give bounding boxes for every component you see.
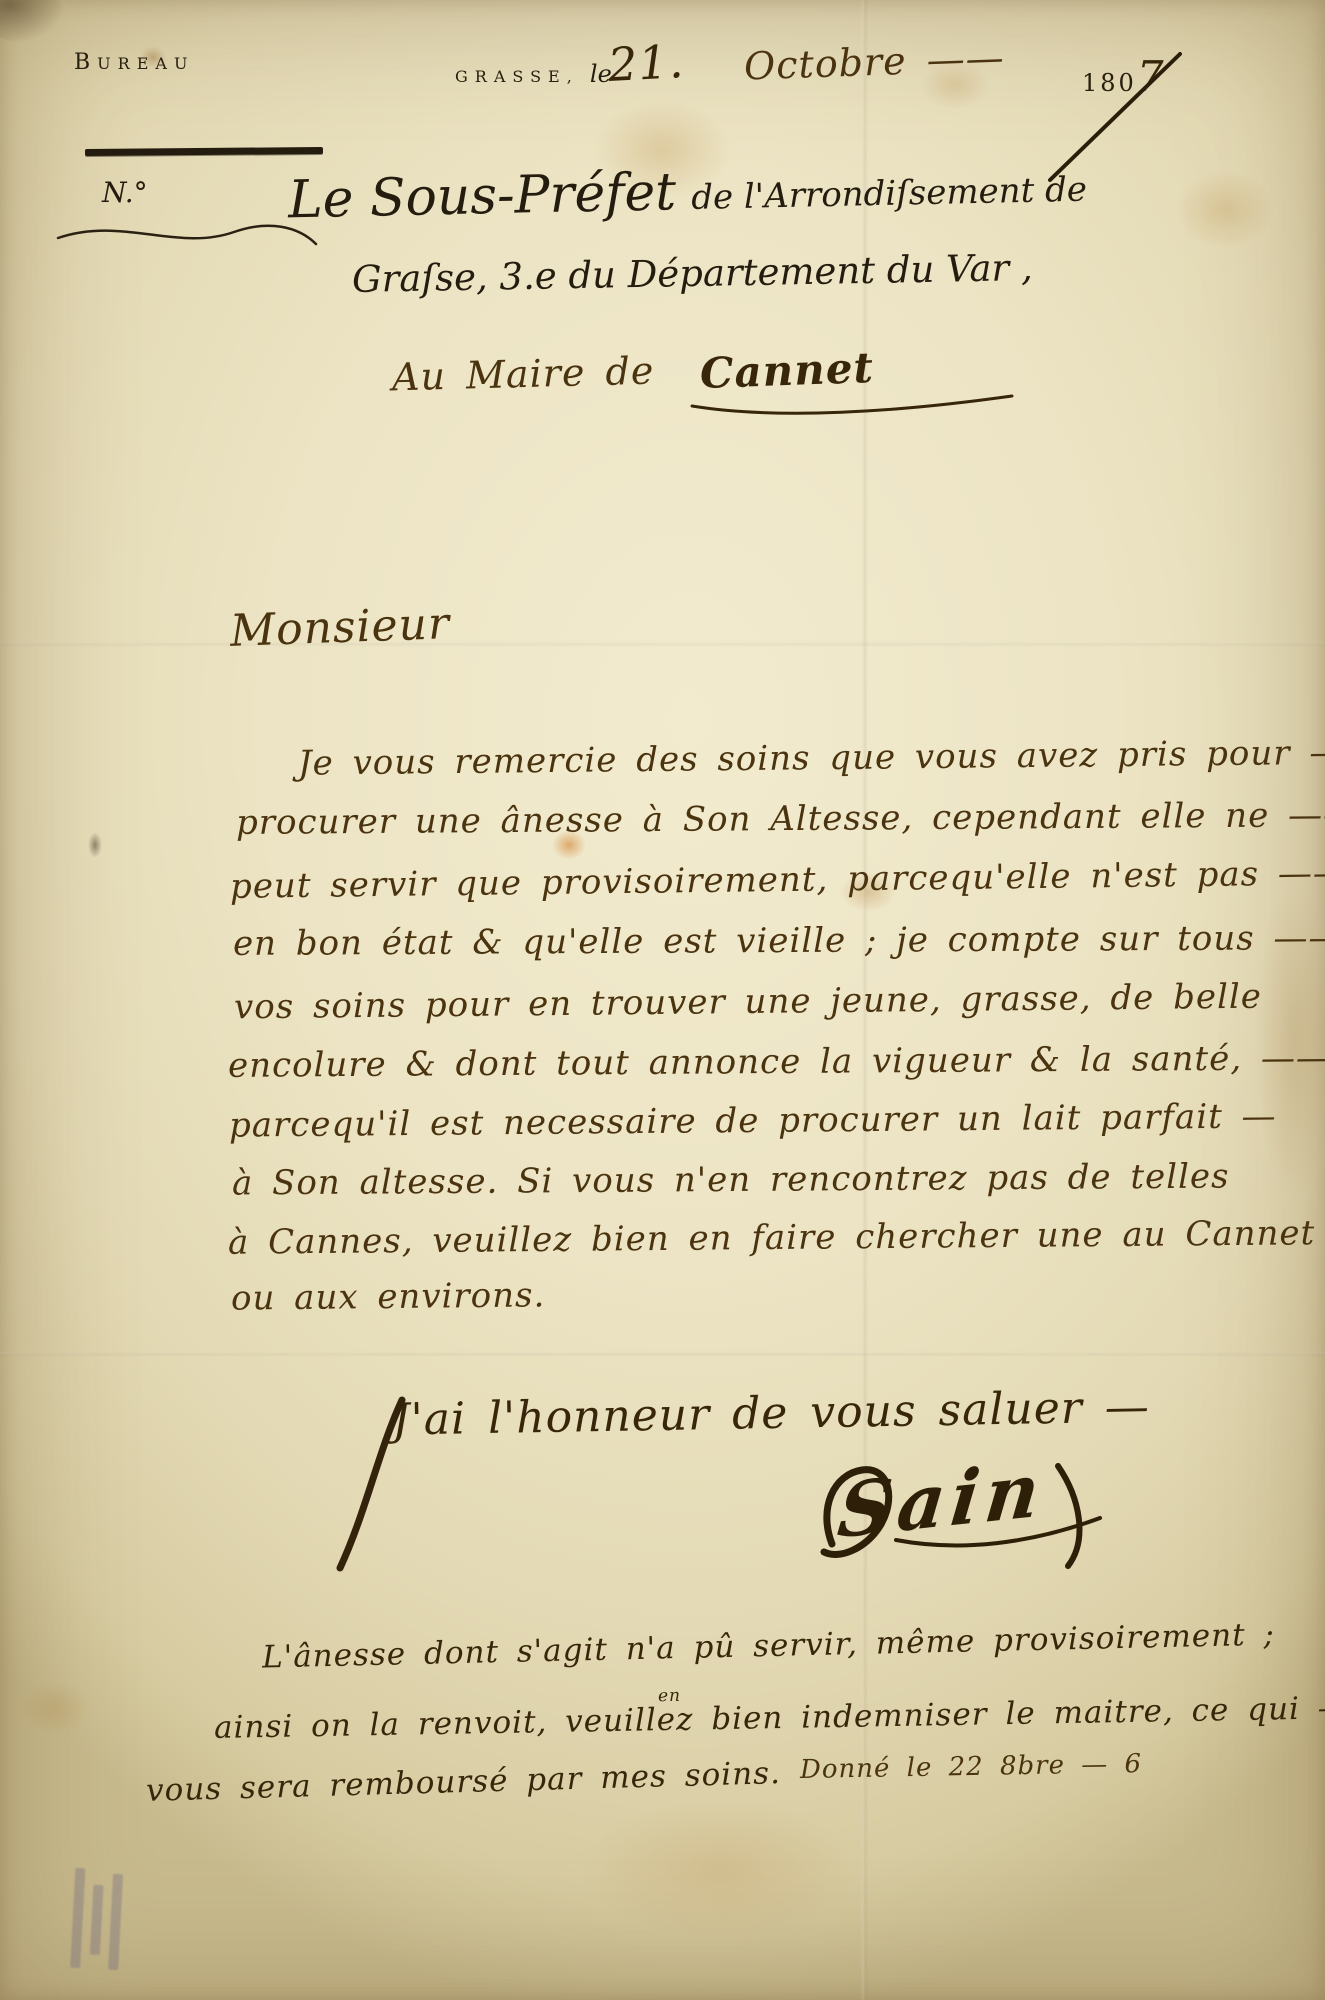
addressee-underline-flourish [688,392,1018,422]
place-label: GRASSE, [455,67,579,86]
closing-j-descender [326,1392,426,1577]
body-line: encolure & dont tout annonce la vigueur … [228,1038,1325,1086]
addressee-name: Cannet [699,343,874,398]
letter-photograph: { "header": { "bureau": "BUREAU", "place… [0,0,1325,2000]
dateline: GRASSE, le [455,60,612,88]
postscript-date-note: Donné le 22 8bre — 6 [800,1749,1143,1785]
handwritten-month: Octobre —— [743,35,1005,88]
bureau-label: BUREAU [74,50,194,75]
salutation: Monsieur [229,598,451,657]
body-line: procurer une ânesse à Son Altesse, cepen… [236,795,1325,843]
body-line: en bon état & qu'elle est vieille ; je c… [233,918,1325,964]
body-line: à Son altesse. Si vous n'en rencontrez p… [232,1157,1230,1204]
letterhead-lead: Le Sous-Préfet [287,162,676,230]
flourish-under-number [52,214,322,258]
body-line: ou aux environs. [231,1275,546,1318]
horizontal-fold-crease [0,642,1325,645]
handwritten-day: 21. [607,34,686,92]
addressee-prefix: Au Maire de [391,349,654,400]
horizontal-fold-crease [0,1352,1325,1355]
number-label: N.° [102,176,148,209]
signature-flourish [800,1448,1140,1588]
letterhead-rest: de l'Arrondiſsement de [691,170,1088,218]
ink-stamp-line [90,1885,104,1955]
ink-stamp [70,1858,124,1970]
